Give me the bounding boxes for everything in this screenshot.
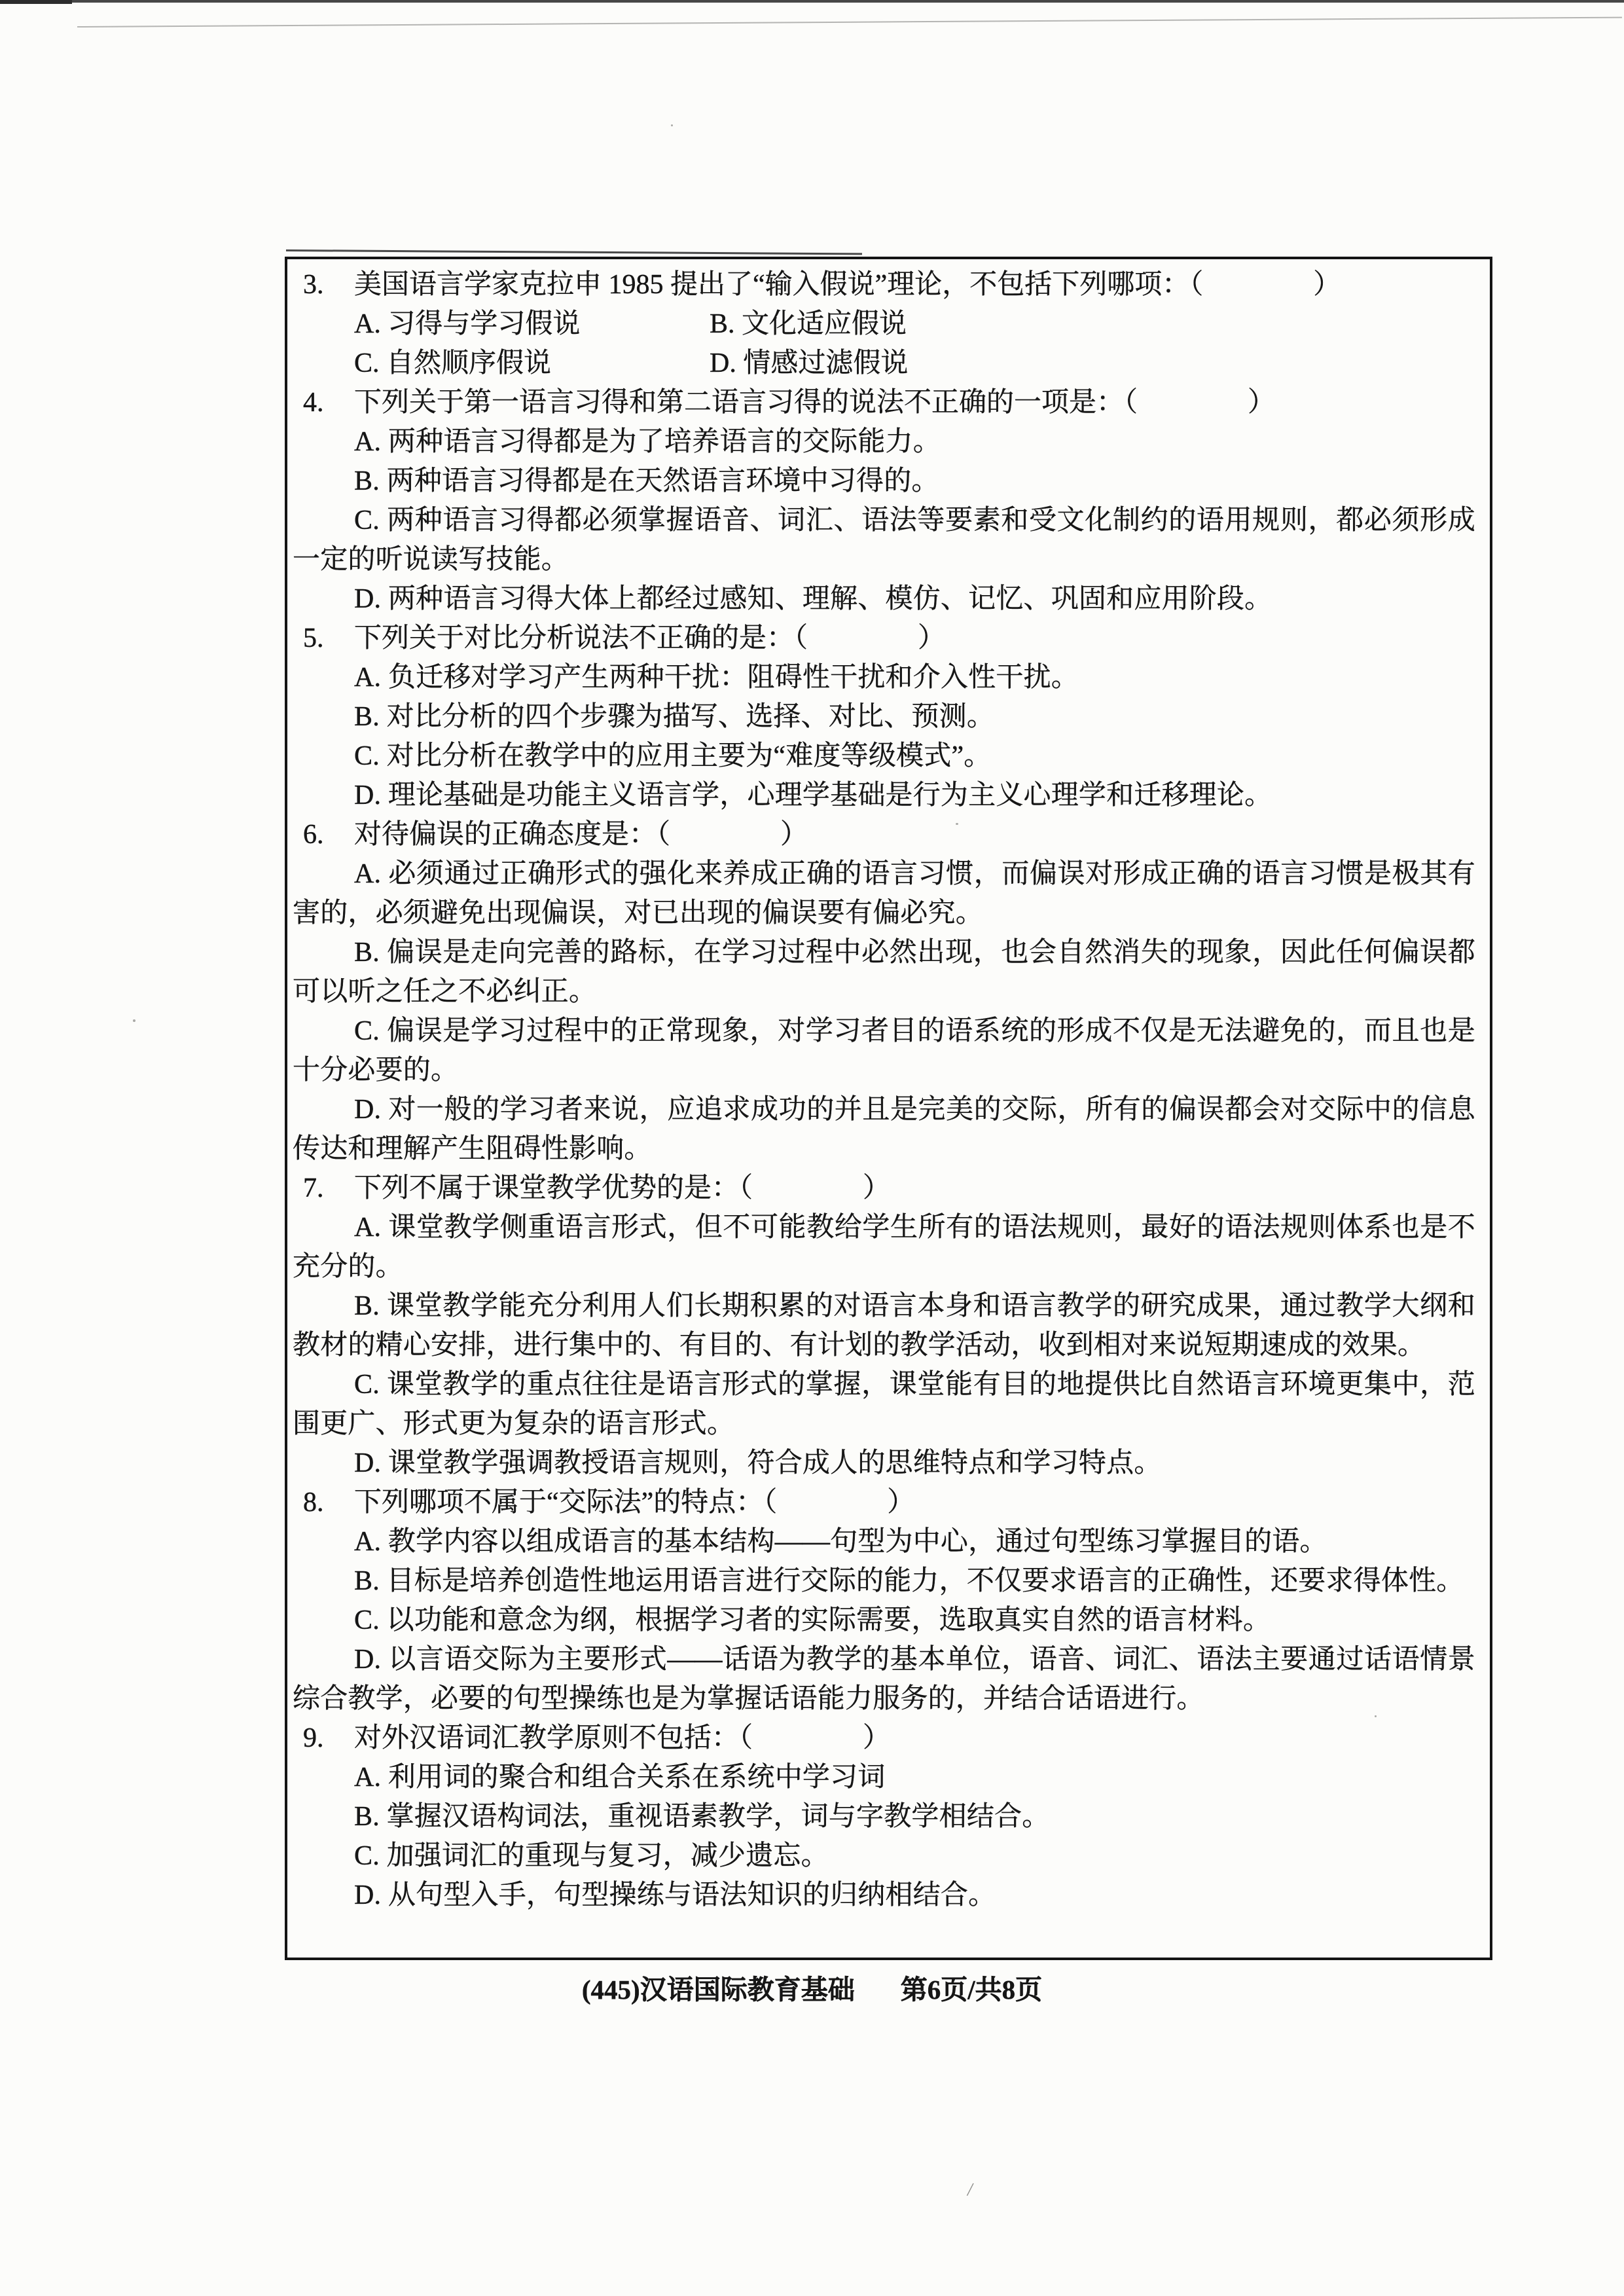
option: A. 课堂教学侧重语言形式，但不可能教给学生所有的语法规则，最好的语法规则体系也… — [287, 1208, 1490, 1286]
scan-top-edge-artifact — [0, 0, 1624, 3]
question-text: 对待偏误的正确态度是：（ ） — [354, 820, 808, 850]
option: C. 课堂教学的重点往往是语言形式的掌握，课堂能有目的地提供比自然语言环境更集中… — [287, 1365, 1490, 1444]
question-8: 8.下列哪项不属于“交际法”的特点：（ ）A. 教学内容以组成语言的基本结构——… — [287, 1483, 1490, 1719]
option: B. 掌握汉语构词法，重视语素教学，词与字教学相结合。 — [287, 1797, 1490, 1836]
scan-slash-artifact: / — [966, 2179, 975, 2202]
question-stem: 7.下列不属于课堂教学优势的是：（ ） — [287, 1169, 1490, 1208]
scan-hairline-artifact — [77, 17, 1622, 27]
option: B. 目标是培养创造性地运用语言进行交际的能力，不仅要求语言的正确性，还要求得体… — [287, 1561, 1490, 1601]
option: B. 两种语言习得都是在天然语言环境中习得的。 — [287, 462, 1490, 501]
option: B. 课堂教学能充分利用人们长期积累的对语言本身和语言教学的研究成果，通过教学大… — [287, 1286, 1490, 1365]
option: A. 两种语言习得都是为了培养语言的交际能力。 — [287, 422, 1490, 462]
question-3: 3.美国语言学家克拉申 1985 提出了“输入假说”理论，不包括下列哪项：（ ）… — [287, 265, 1490, 383]
option: D. 对一般的学习者来说，应追求成功的并且是完美的交际，所有的偏误都会对交际中的… — [287, 1090, 1490, 1169]
question-number: 7. — [287, 1169, 354, 1208]
dust-speck — [671, 124, 673, 126]
option: C. 加强词汇的重现与复习，减少遗忘。 — [287, 1836, 1490, 1876]
question-5: 5.下列关于对比分析说法不正确的是：（ ）A. 负迁移对学习产生两种干扰：阻碍性… — [287, 619, 1490, 815]
question-stem: 3.美国语言学家克拉申 1985 提出了“输入假说”理论，不包括下列哪项：（ ） — [287, 265, 1490, 304]
option: C. 偏误是学习过程中的正常现象，对学习者目的语系统的形成不仅是无法避免的，而且… — [287, 1011, 1490, 1090]
question-number: 8. — [287, 1483, 354, 1522]
footer-page-number: 第6页/共8页 — [901, 1975, 1042, 2005]
option: C. 以功能和意念为纲，根据学习者的实际需要，选取真实自然的语言材料。 — [287, 1601, 1490, 1640]
option: D. 两种语言习得大体上都经过感知、理解、模仿、记忆、巩固和应用阶段。 — [287, 579, 1490, 619]
question-number: 5. — [287, 619, 354, 658]
footer-course-title: (445)汉语国际教育基础 — [582, 1975, 855, 2005]
questions: 3.美国语言学家克拉申 1985 提出了“输入假说”理论，不包括下列哪项：（ ）… — [287, 265, 1490, 1915]
option: B. 文化适应假说 — [710, 304, 907, 344]
dust-speck — [133, 1019, 135, 1022]
question-number: 4. — [287, 383, 354, 422]
question-stem: 6.对待偏误的正确态度是：（ ） — [287, 815, 1490, 854]
question-6: 6.对待偏误的正确态度是：（ ）A. 必须通过正确形式的强化来养成正确的语言习惯… — [287, 815, 1490, 1169]
question-text: 下列关于对比分析说法不正确的是：（ ） — [354, 623, 945, 653]
question-number: 3. — [287, 265, 354, 304]
question-text: 美国语言学家克拉申 1985 提出了“输入假说”理论，不包括下列哪项：（ ） — [354, 270, 1341, 300]
question-9: 9.对外汉语词汇教学原则不包括：（ ）A. 利用词的聚合和组合关系在系统中学习词… — [287, 1719, 1490, 1915]
page-footer: (445)汉语国际教育基础第6页/共8页 — [0, 1973, 1624, 2007]
question-text: 对外汉语词汇教学原则不包括：（ ） — [354, 1723, 890, 1753]
option: D. 从句型入手，句型操练与语法知识的归纳相结合。 — [287, 1876, 1490, 1915]
option: D. 以言语交际为主要形式——话语为教学的基本单位，语音、词汇、语法主要通过话语… — [287, 1640, 1490, 1719]
scan-crease-artifact — [286, 249, 862, 255]
option: D. 情感过滤假说 — [710, 344, 908, 383]
question-4: 4.下列关于第一语言习得和第二语言习得的说法不正确的一项是：（ ）A. 两种语言… — [287, 383, 1490, 619]
option: A. 利用词的聚合和组合关系在系统中学习词 — [287, 1758, 1490, 1797]
question-text: 下列关于第一语言习得和第二语言习得的说法不正确的一项是：（ ） — [354, 388, 1275, 418]
option: D. 课堂教学强调教授语言规则，符合成人的思维特点和学习特点。 — [287, 1444, 1490, 1483]
exam-question-frame: 3.美国语言学家克拉申 1985 提出了“输入假说”理论，不包括下列哪项：（ ）… — [285, 257, 1492, 1960]
option: D. 理论基础是功能主义语言学，心理学基础是行为主义心理学和迁移理论。 — [287, 776, 1490, 815]
question-stem: 5.下列关于对比分析说法不正确的是：（ ） — [287, 619, 1490, 658]
option: B. 对比分析的四个步骤为描写、选择、对比、预测。 — [287, 697, 1490, 737]
option: B. 偏误是走向完善的路标，在学习过程中必然出现，也会自然消失的现象，因此任何偏… — [287, 933, 1490, 1011]
option: A. 必须通过正确形式的强化来养成正确的语言习惯，而偏误对形成正确的语言习惯是极… — [287, 854, 1490, 933]
option: A. 负迁移对学习产生两种干扰：阻碍性干扰和介入性干扰。 — [287, 658, 1490, 697]
question-7: 7.下列不属于课堂教学优势的是：（ ）A. 课堂教学侧重语言形式，但不可能教给学… — [287, 1169, 1490, 1483]
question-stem: 8.下列哪项不属于“交际法”的特点：（ ） — [287, 1483, 1490, 1522]
scanned-exam-page: / 3.美国语言学家克拉申 1985 提出了“输入假说”理论，不包括下列哪项：（… — [0, 0, 1624, 2296]
option: C. 对比分析在教学中的应用主要为“难度等级模式”。 — [287, 737, 1490, 776]
scan-corner-artifact — [0, 0, 72, 4]
option-row: C. 自然顺序假说D. 情感过滤假说 — [287, 344, 1490, 383]
question-number: 6. — [287, 815, 354, 854]
question-number: 9. — [287, 1719, 354, 1758]
option: C. 自然顺序假说 — [354, 348, 551, 378]
option: A. 教学内容以组成语言的基本结构——句型为中心，通过句型练习掌握目的语。 — [287, 1522, 1490, 1561]
question-stem: 9.对外汉语词汇教学原则不包括：（ ） — [287, 1719, 1490, 1758]
option: C. 两种语言习得都必须掌握语音、词汇、语法等要素和受文化制约的语用规则，都必须… — [287, 501, 1490, 579]
question-text: 下列不属于课堂教学优势的是：（ ） — [354, 1173, 890, 1203]
question-text: 下列哪项不属于“交际法”的特点：（ ） — [354, 1487, 914, 1518]
option-row: A. 习得与学习假说B. 文化适应假说 — [287, 304, 1490, 344]
option: A. 习得与学习假说 — [354, 309, 580, 339]
question-stem: 4.下列关于第一语言习得和第二语言习得的说法不正确的一项是：（ ） — [287, 383, 1490, 422]
